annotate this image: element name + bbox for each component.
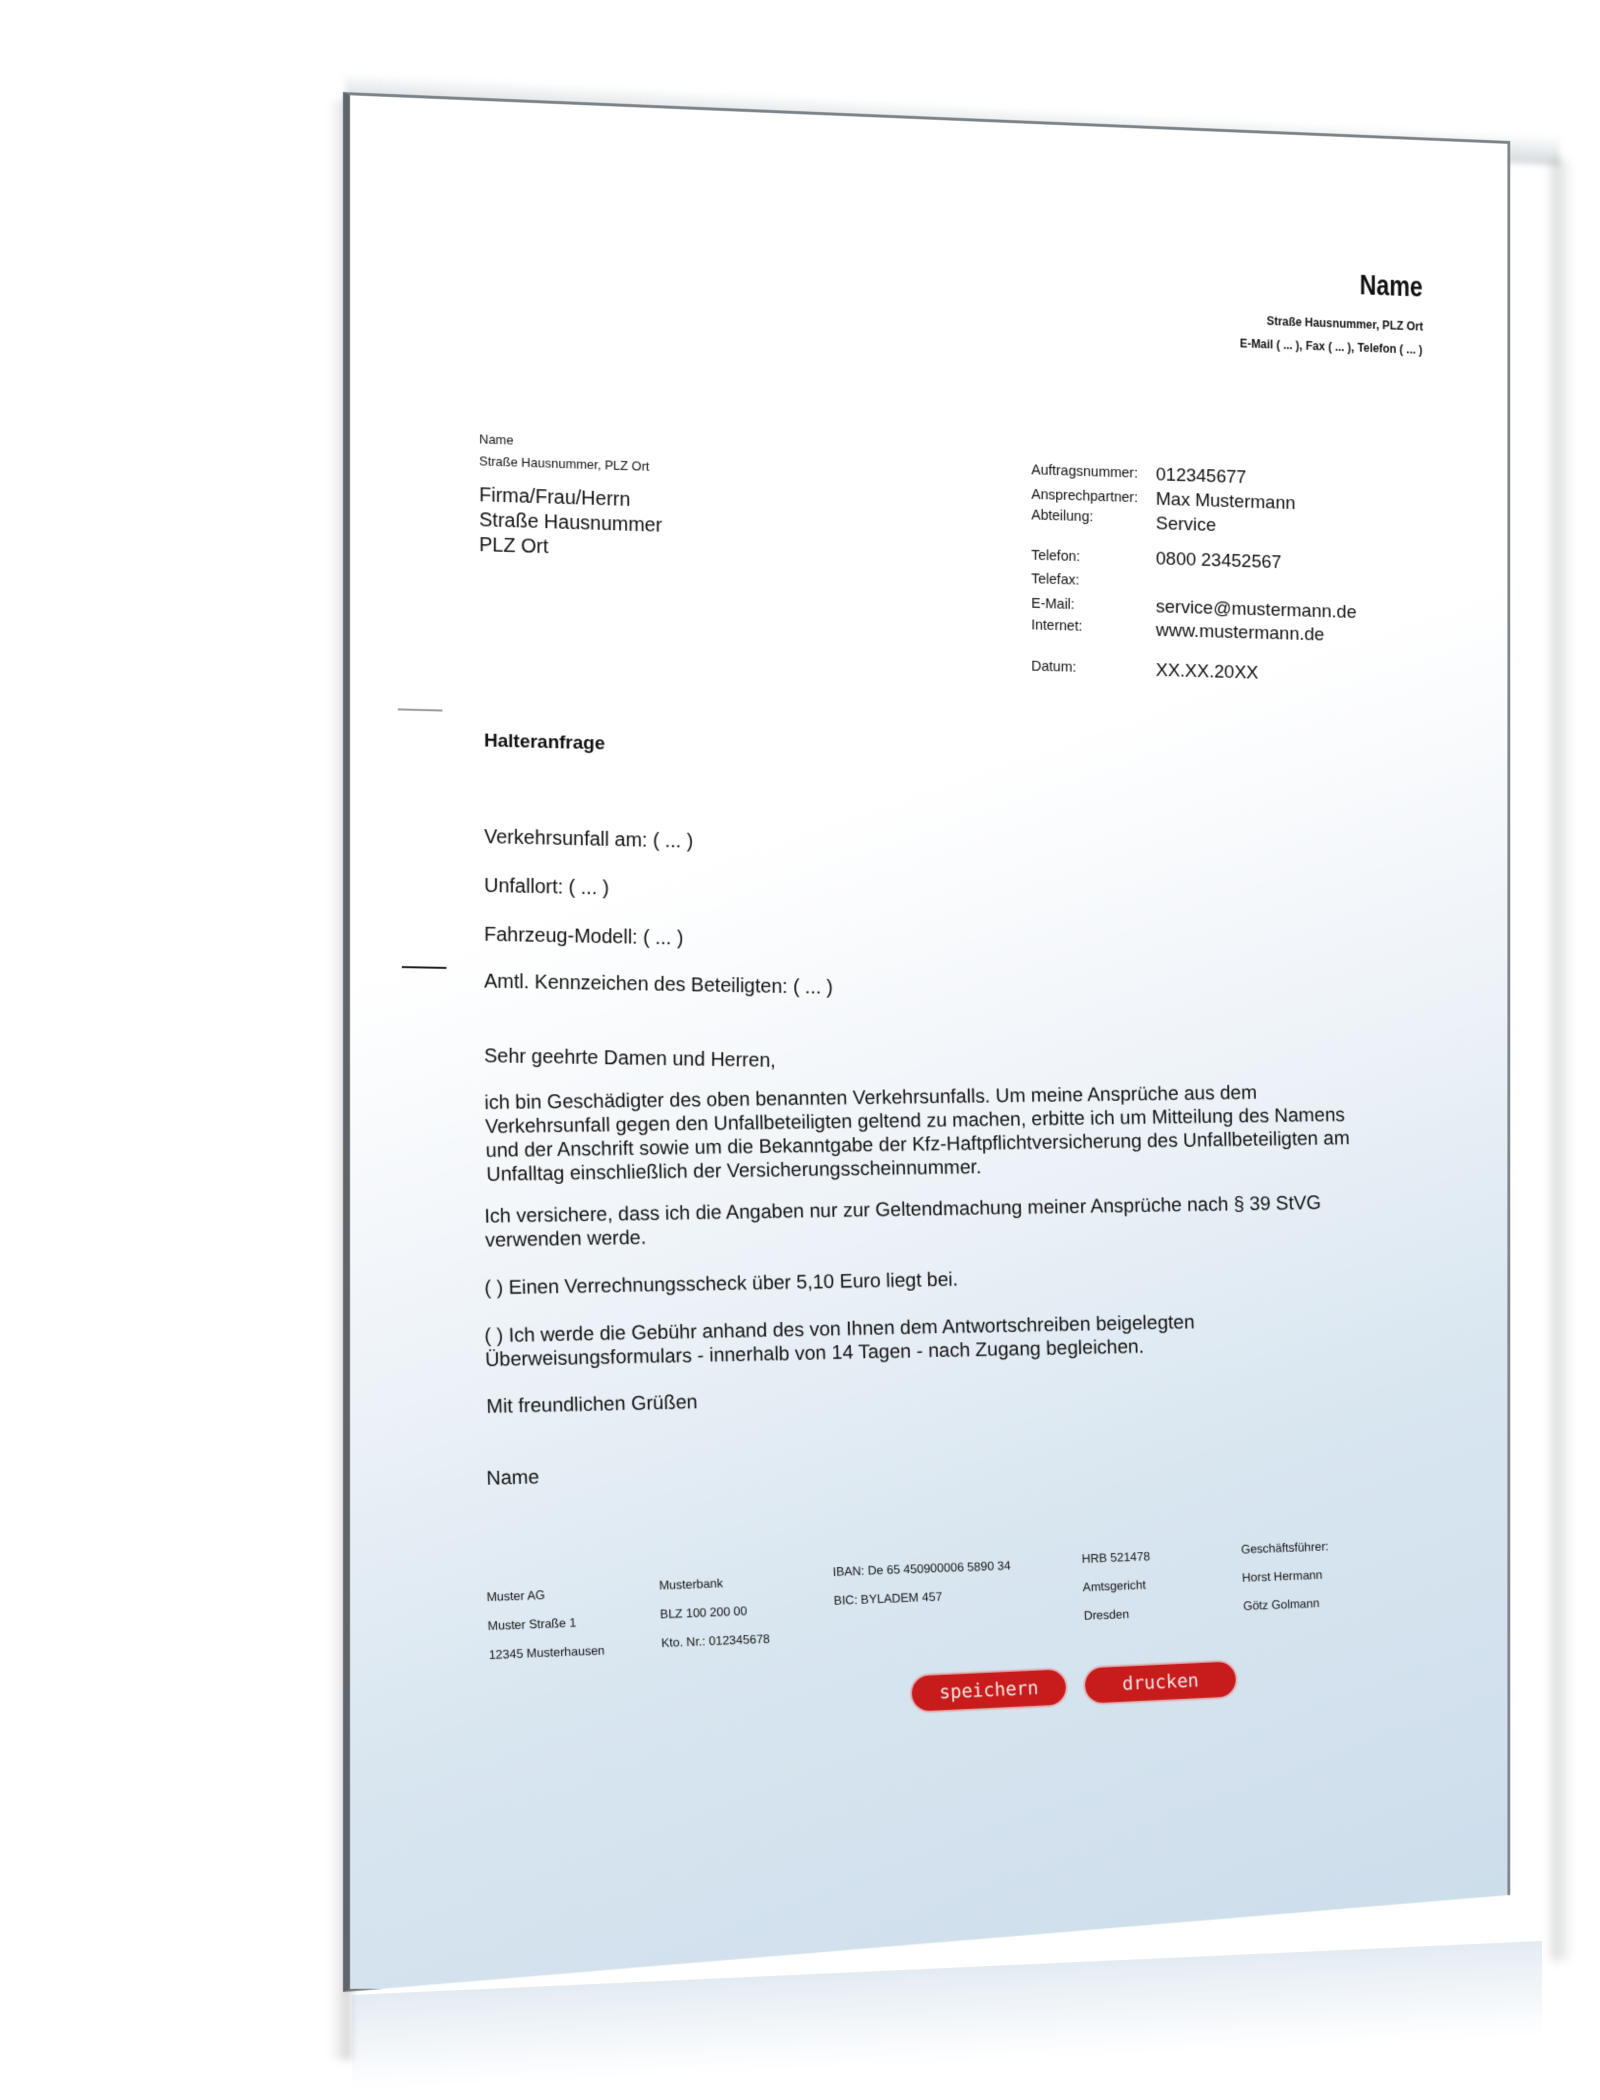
footer-company-city: 12345 Musterhausen	[488, 1637, 605, 1670]
footer-bank-code: BLZ 100 200 00	[660, 1596, 770, 1629]
footer-court-city: Dresden	[1083, 1599, 1152, 1630]
meta-value-contact-person: Max Mustermann	[1156, 489, 1296, 515]
fact-accident-location: Unfallort: ( ... )	[484, 875, 609, 900]
meta-label-email: E-Mail:	[1031, 596, 1074, 613]
body-paragraph-2: Ich versichere, dass ich die Angaben nur…	[484, 1191, 1355, 1253]
meta-value-phone: 0800 23452567	[1156, 549, 1282, 574]
footer-bic: BIC: BYLADEM 457	[833, 1580, 1012, 1615]
fact-license-plate: Amtl. Kennzeichen des Beteiligten: ( ...…	[484, 971, 833, 1000]
footer-account-number: Kto. Nr.: 012345678	[661, 1625, 771, 1658]
footer-manager-1: Horst Hermann	[1242, 1561, 1331, 1593]
sender-header-address: Straße Hausnummer, PLZ Ort	[1266, 313, 1423, 333]
meta-value-order-number: 012345677	[1156, 465, 1247, 489]
letter-closing: Mit freundlichen Grüßen	[486, 1392, 698, 1419]
sender-header-name: Name	[1360, 269, 1423, 304]
footer-iban: IBAN: De 65 450900006 5890 34 BIC: BYLAD…	[832, 1552, 1012, 1616]
meta-label-contact-person: Ansprechpartner:	[1031, 487, 1138, 506]
letter-content: Name Straße Hausnummer, PLZ Ort E-Mail (…	[350, 95, 1507, 1989]
footer-register: HRB 521478 Amtsgericht Dresden	[1081, 1543, 1153, 1631]
sender-small-address: Straße Hausnummer, PLZ Ort	[479, 453, 649, 473]
meta-label-phone: Telefon:	[1031, 548, 1080, 565]
meta-label-internet: Internet:	[1031, 618, 1082, 635]
footer-management-title: Geschäftsführer:	[1241, 1533, 1330, 1564]
footer-bank-name: Musterbank	[659, 1568, 769, 1601]
footer-company-name: Muster AG	[486, 1579, 603, 1612]
fact-vehicle-model: Fahrzeug-Modell: ( ... )	[484, 924, 683, 951]
fold-mark-top	[398, 708, 443, 711]
letter-signature: Name	[486, 1467, 539, 1491]
meta-label-order-number: Auftragsnummer:	[1031, 462, 1138, 481]
print-button[interactable]: drucken	[1084, 1661, 1236, 1703]
recipient-address: Firma/Frau/Herrn Straße Hausnummer PLZ O…	[479, 483, 662, 563]
body-paragraph-1: ich bin Geschädigter des oben benannten …	[484, 1080, 1356, 1187]
footer-court: Amtsgericht	[1082, 1571, 1151, 1602]
meta-value-date: XX.XX.20XX	[1156, 660, 1259, 684]
save-button[interactable]: speichern	[911, 1669, 1067, 1712]
footer-hrb: HRB 521478	[1081, 1543, 1150, 1574]
punch-mark	[402, 966, 447, 969]
option-transfer: ( ) Ich werde die Gebühr anhand des von …	[484, 1308, 1355, 1373]
meta-value-email: service@mustermann.de	[1156, 597, 1357, 624]
footer-company: Muster AG Muster Straße 1 12345 Musterha…	[486, 1579, 605, 1670]
footer-management: Geschäftsführer: Horst Hermann Götz Golm…	[1241, 1533, 1332, 1621]
meta-label-date: Datum:	[1031, 659, 1076, 676]
letter-salutation: Sehr geehrte Damen und Herren,	[484, 1045, 776, 1073]
letter-subject: Halteranfrage	[484, 731, 605, 756]
sender-small-name: Name	[479, 431, 513, 447]
footer-company-street: Muster Straße 1	[487, 1608, 604, 1641]
footer-bank: Musterbank BLZ 100 200 00 Kto. Nr.: 0123…	[659, 1568, 771, 1658]
footer-manager-2: Götz Golmann	[1243, 1589, 1332, 1621]
letter-page: Name Straße Hausnummer, PLZ Ort E-Mail (…	[343, 92, 1510, 1992]
meta-label-fax: Telefax:	[1031, 571, 1079, 588]
page-right-shadow	[1552, 160, 1572, 1960]
fact-accident-date: Verkehrsunfall am: ( ... )	[484, 826, 693, 853]
meta-label-department: Abteilung:	[1031, 508, 1093, 526]
meta-value-internet: www.mustermann.de	[1156, 620, 1325, 646]
sender-header-contact: E-Mail ( ... ), Fax ( ... ), Telefon ( .…	[1240, 336, 1423, 357]
meta-value-department: Service	[1156, 513, 1216, 536]
option-cheque: ( ) Einen Verrechnungsscheck über 5,10 E…	[484, 1261, 1354, 1300]
